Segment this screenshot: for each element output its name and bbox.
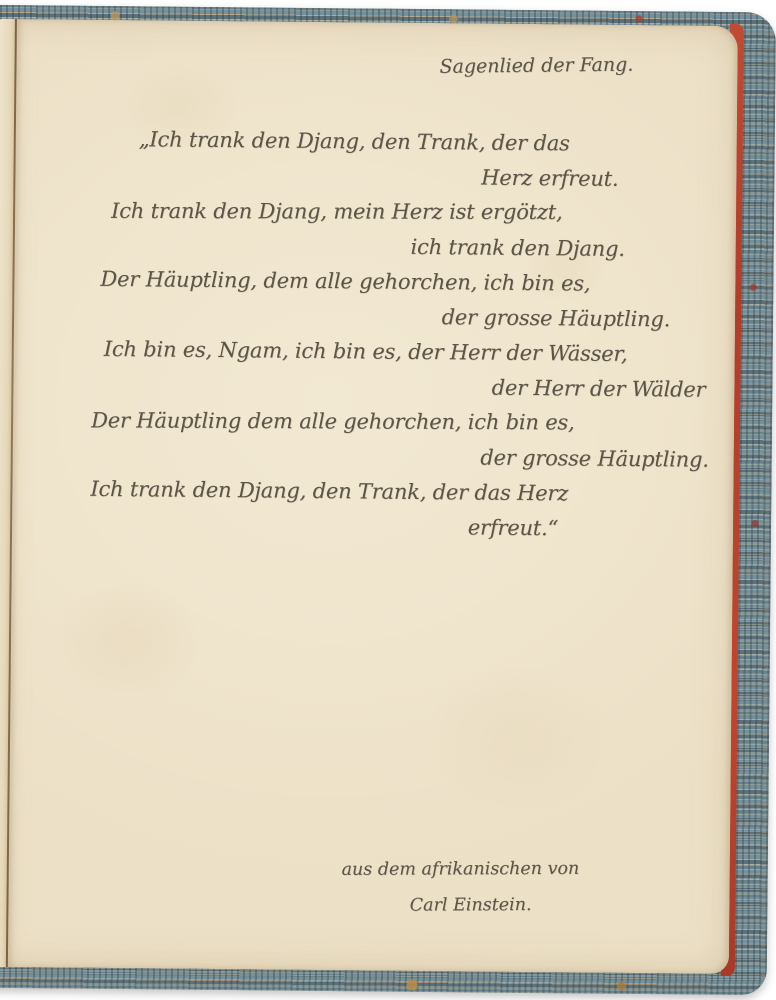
attribution-author: Carl Einstein.	[410, 887, 580, 924]
poem-line: der grosse Häuptling.	[51, 436, 711, 477]
poem-line: der grosse Häuptling.	[52, 296, 712, 337]
paper-stain	[53, 579, 204, 700]
gutter-page-edge	[0, 19, 15, 967]
gutter-fold-line	[6, 19, 17, 967]
poem-line: Ich trank den Djang, mein Herz ist ergöt…	[53, 194, 713, 231]
poem-line: Herz erfreut.	[53, 156, 713, 197]
red-board-edge	[721, 24, 744, 976]
poem-line: Der Häuptling, dem alle gehorchen, ich b…	[52, 261, 712, 302]
poem-line: der Herr der Wälder	[51, 366, 711, 407]
attribution-source: aus dem afrikanischen von	[341, 851, 579, 888]
attribution: aus dem afrikanischen von Carl Einstein.	[341, 851, 579, 924]
photo-backdrop: Sagenlied der Fang. „Ich trank den Djang…	[0, 0, 776, 1000]
paper-stain	[422, 663, 613, 815]
poem-line: Der Häuptling dem alle gehorchen, ich bi…	[51, 403, 711, 441]
manuscript-page: Sagenlied der Fang. „Ich trank den Djang…	[0, 19, 738, 974]
poem-title: Sagenlied der Fang.	[439, 53, 699, 78]
poem-line: Ich bin es, Ngam, ich bin es, der Herr d…	[52, 331, 712, 372]
poem-line: ich trank den Djang.	[53, 226, 713, 267]
poem-line: Ich trank den Djang, den Trank, der das …	[50, 471, 710, 512]
poem-line: erfreut.“	[50, 506, 710, 547]
paper-stain	[517, 234, 608, 305]
paper-stain	[119, 60, 240, 151]
book-cover-weave: Sagenlied der Fang. „Ich trank den Djang…	[0, 5, 776, 996]
poem-body: „Ich trank den Djang, den Trank, der das…	[50, 121, 714, 547]
poem-line: „Ich trank den Djang, den Trank, der das	[54, 121, 714, 162]
